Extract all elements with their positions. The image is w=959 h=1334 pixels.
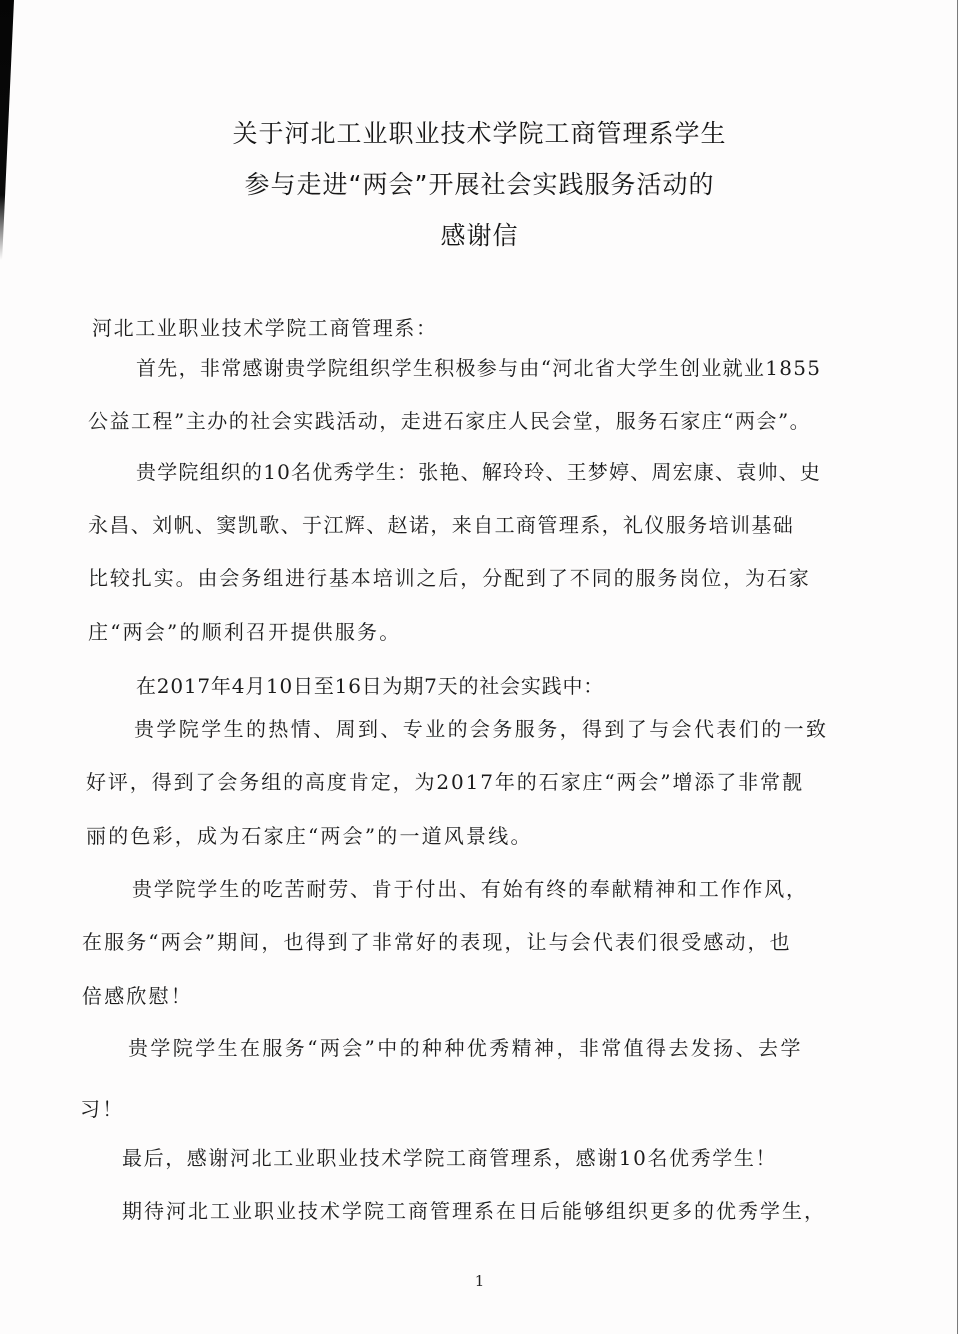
body-line: 庄“两会”的顺利召开提供服务。 — [88, 616, 401, 645]
body-line: 贵学院组织的10名优秀学生：张艳、解玲玲、王梦婷、周宏康、袁帅、史 — [136, 456, 821, 485]
body-line: 好评，得到了会务组的高度肯定，为2017年的石家庄“两会”增添了非常靓 — [86, 766, 804, 795]
body-line: 贵学院学生在服务“两会”中的种种优秀精神，非常值得去发扬、去学 — [128, 1032, 803, 1061]
body-line: 贵学院学生的吃苦耐劳、肯于付出、有始有终的奉献精神和工作作风， — [132, 873, 808, 902]
body-line: 倍感欣慰！ — [82, 980, 193, 1009]
body-line: 最后，感谢河北工业职业技术学院工商管理系，感谢10名优秀学生！ — [122, 1142, 777, 1171]
page-number: 1 — [0, 1272, 959, 1290]
body-line: 公益工程”主办的社会实践活动，走进石家庄人民会堂，服务石家庄“两会”。 — [88, 405, 811, 434]
body-line: 习！ — [80, 1093, 124, 1122]
body-line: 永昌、刘帆、窦凯歌、于江辉、赵诺，来自工商管理系，礼仪服务培训基础 — [88, 509, 794, 538]
title-line-3: 感谢信 — [0, 216, 959, 252]
body-line: 首先，非常感谢贵学院组织学生积极参与由“河北省大学生创业就业1855 — [136, 352, 821, 381]
body-line: 在服务“两会”期间，也得到了非常好的表现，让与会代表们很受感动，也 — [82, 926, 792, 955]
title-line-1: 关于河北工业职业技术学院工商管理系学生 — [0, 114, 959, 150]
body-line: 丽的色彩，成为石家庄“两会”的一道风景线。 — [86, 820, 533, 849]
body-line: 期待河北工业职业技术学院工商管理系在日后能够组织更多的优秀学生， — [122, 1195, 826, 1224]
salutation: 河北工业职业技术学院工商管理系： — [92, 312, 438, 341]
body-line: 贵学院学生的热情、周到、专业的会务服务，得到了与会代表们的一致 — [134, 713, 828, 742]
body-line: 在2017年4月10日至16日为期7天的社会实践中： — [136, 670, 604, 699]
title-line-2: 参与走进“两会”开展社会实践服务活动的 — [0, 165, 959, 201]
body-line: 比较扎实。由会务组进行基本培训之后，分配到了不同的服务岗位，为石家 — [88, 562, 811, 591]
